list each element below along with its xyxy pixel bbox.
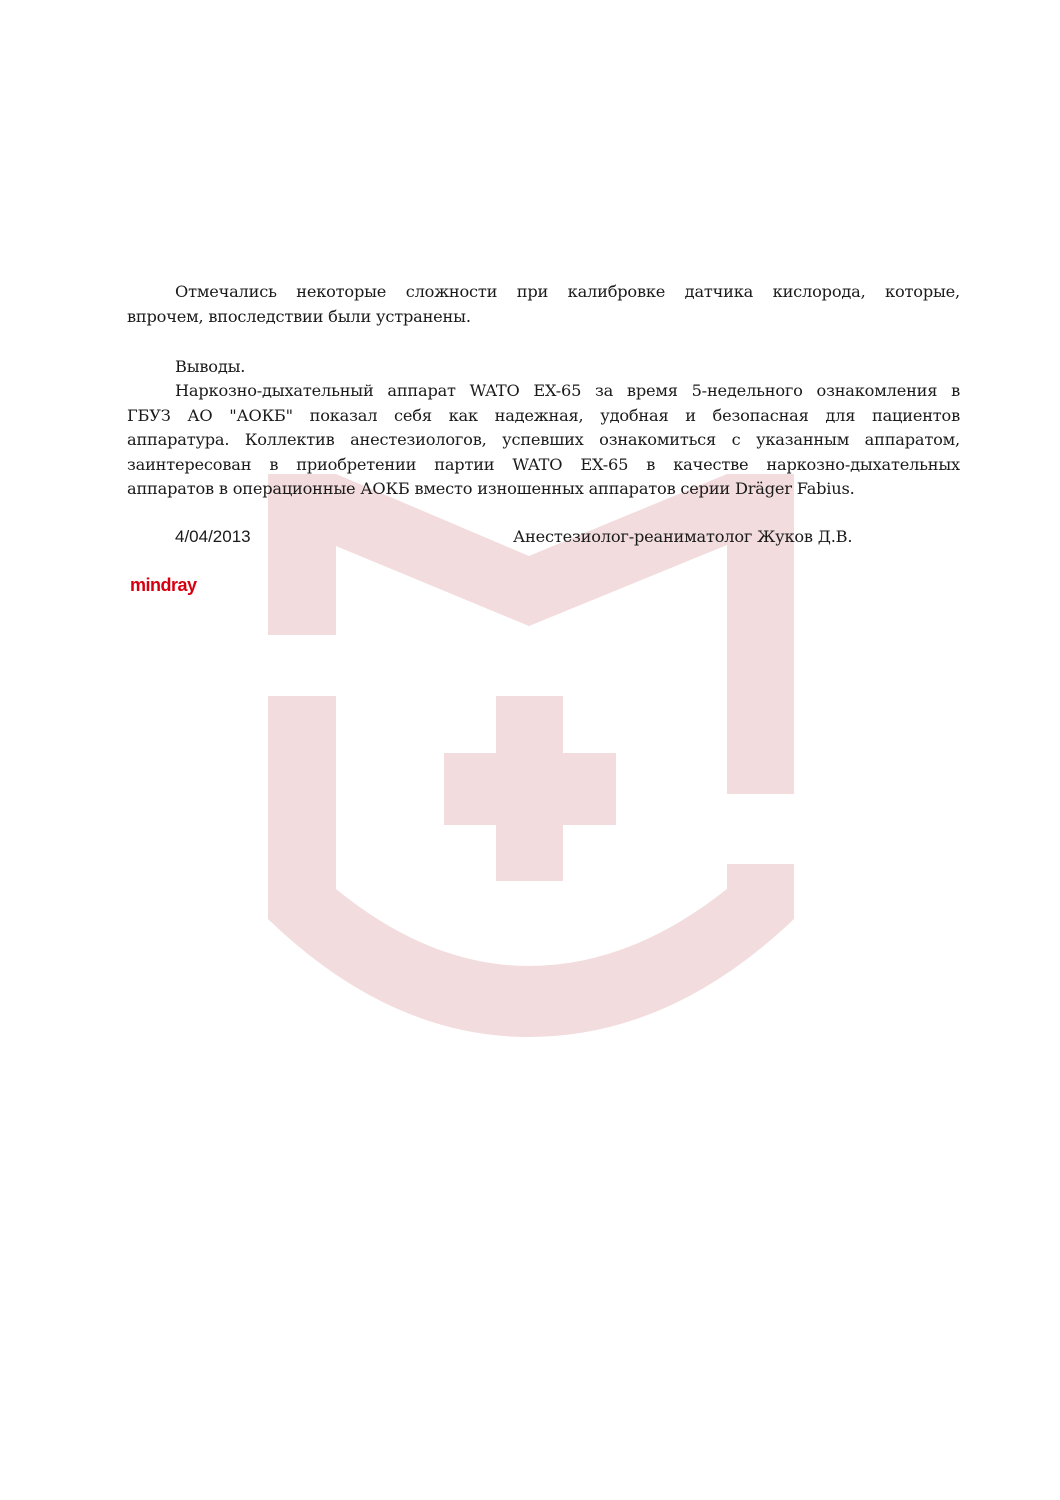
paragraph-line: заинтересован в приобретении партии WATO…: [127, 453, 960, 478]
conclusions-heading: Выводы.: [127, 355, 1008, 380]
document-date: 4/04/2013: [175, 527, 251, 547]
paragraph-line: Отмечались некоторые сложности при калиб…: [127, 280, 960, 305]
paragraph-line: Наркозно-дыхательный аппарат WATO EX-65 …: [127, 379, 960, 404]
document-page: Отмечались некоторые сложности при калиб…: [0, 0, 1060, 1500]
calibration-note-paragraph: Отмечались некоторые сложности при калиб…: [127, 280, 960, 329]
paragraph-line: аппаратов в операционные АОКБ вместо изн…: [127, 477, 960, 502]
signature-line: Анестезиолог-реаниматолог Жуков Д.В.: [513, 527, 852, 546]
paragraph-line: ГБУЗ АО "АОКБ" показал себя как надежная…: [127, 404, 960, 429]
conclusions-paragraph: Наркозно-дыхательный аппарат WATO EX-65 …: [127, 379, 960, 502]
paragraph-line: впрочем, впоследствии были устранены.: [127, 305, 960, 330]
mindray-logo: mindray: [130, 575, 197, 596]
paragraph-line: аппаратура. Коллектив анестезиологов, ус…: [127, 428, 960, 453]
